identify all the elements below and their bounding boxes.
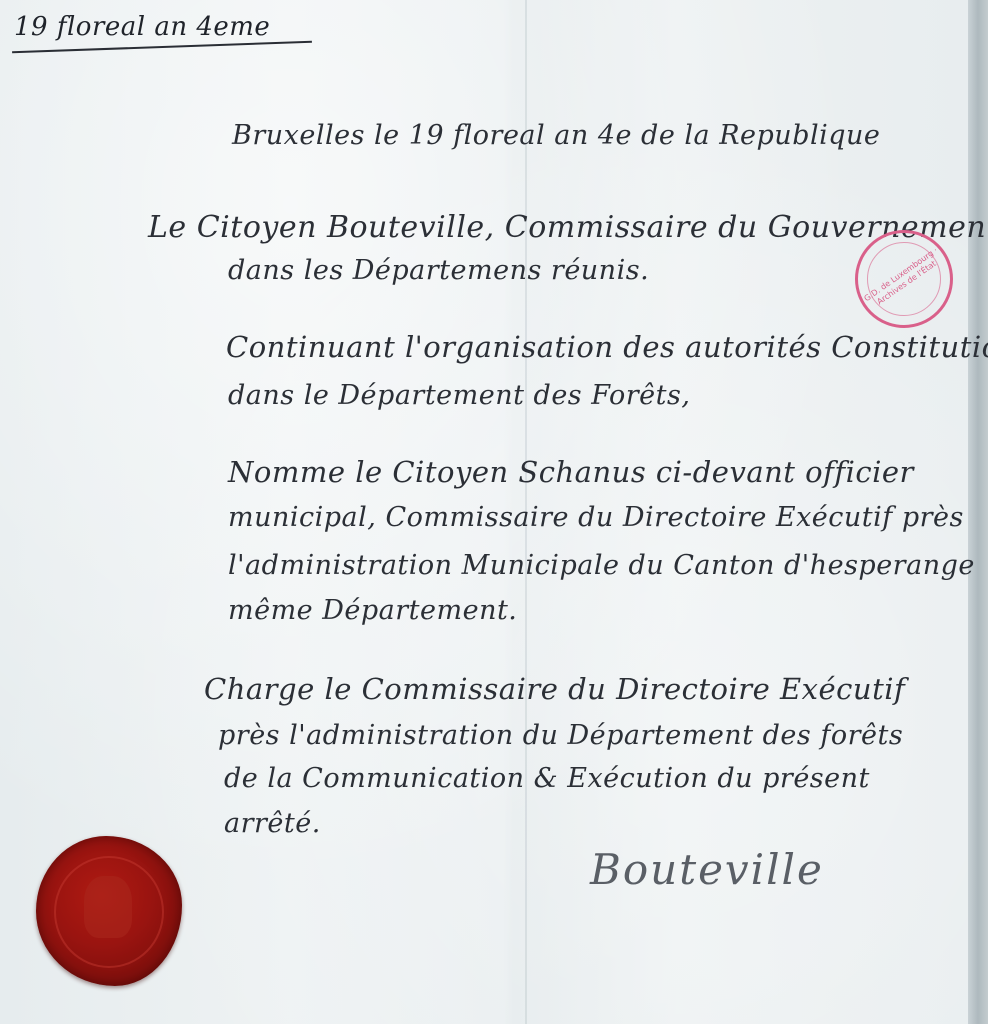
wax-seal-icon — [36, 836, 182, 986]
signature: Bouteville — [590, 845, 824, 894]
archive-stamp-icon: G.D. de Luxembourg · Archives de l'État — [855, 230, 953, 328]
text-line: dans les Départemens réunis. — [228, 255, 649, 286]
text-line: l'administration Municipale du Canton d'… — [228, 550, 975, 581]
text-line: Continuant l'organisation des autorités … — [226, 330, 988, 364]
text-line: dans le Département des Forêts, — [228, 380, 690, 411]
text-line: Charge le Commissaire du Directoire Exéc… — [204, 672, 905, 706]
text-line: arrêté. — [224, 808, 321, 839]
page-edge — [968, 0, 988, 1024]
text-line: même Département. — [228, 595, 517, 626]
text-line: Le Citoyen Bouteville, Commissaire du Go… — [148, 210, 988, 245]
text-line: près l'administration du Département des… — [218, 720, 903, 751]
place-and-date: Bruxelles le 19 floreal an 4e de la Repu… — [232, 120, 880, 151]
archive-stamp-text: G.D. de Luxembourg · Archives de l'État — [861, 244, 948, 313]
text-line: de la Communication & Exécution du prése… — [224, 763, 870, 794]
text-line: municipal, Commissaire du Directoire Exé… — [228, 502, 964, 533]
margin-note: 19 floreal an 4eme — [14, 12, 270, 42]
text-line: Nomme le Citoyen Schanus ci-devant offic… — [228, 455, 914, 489]
